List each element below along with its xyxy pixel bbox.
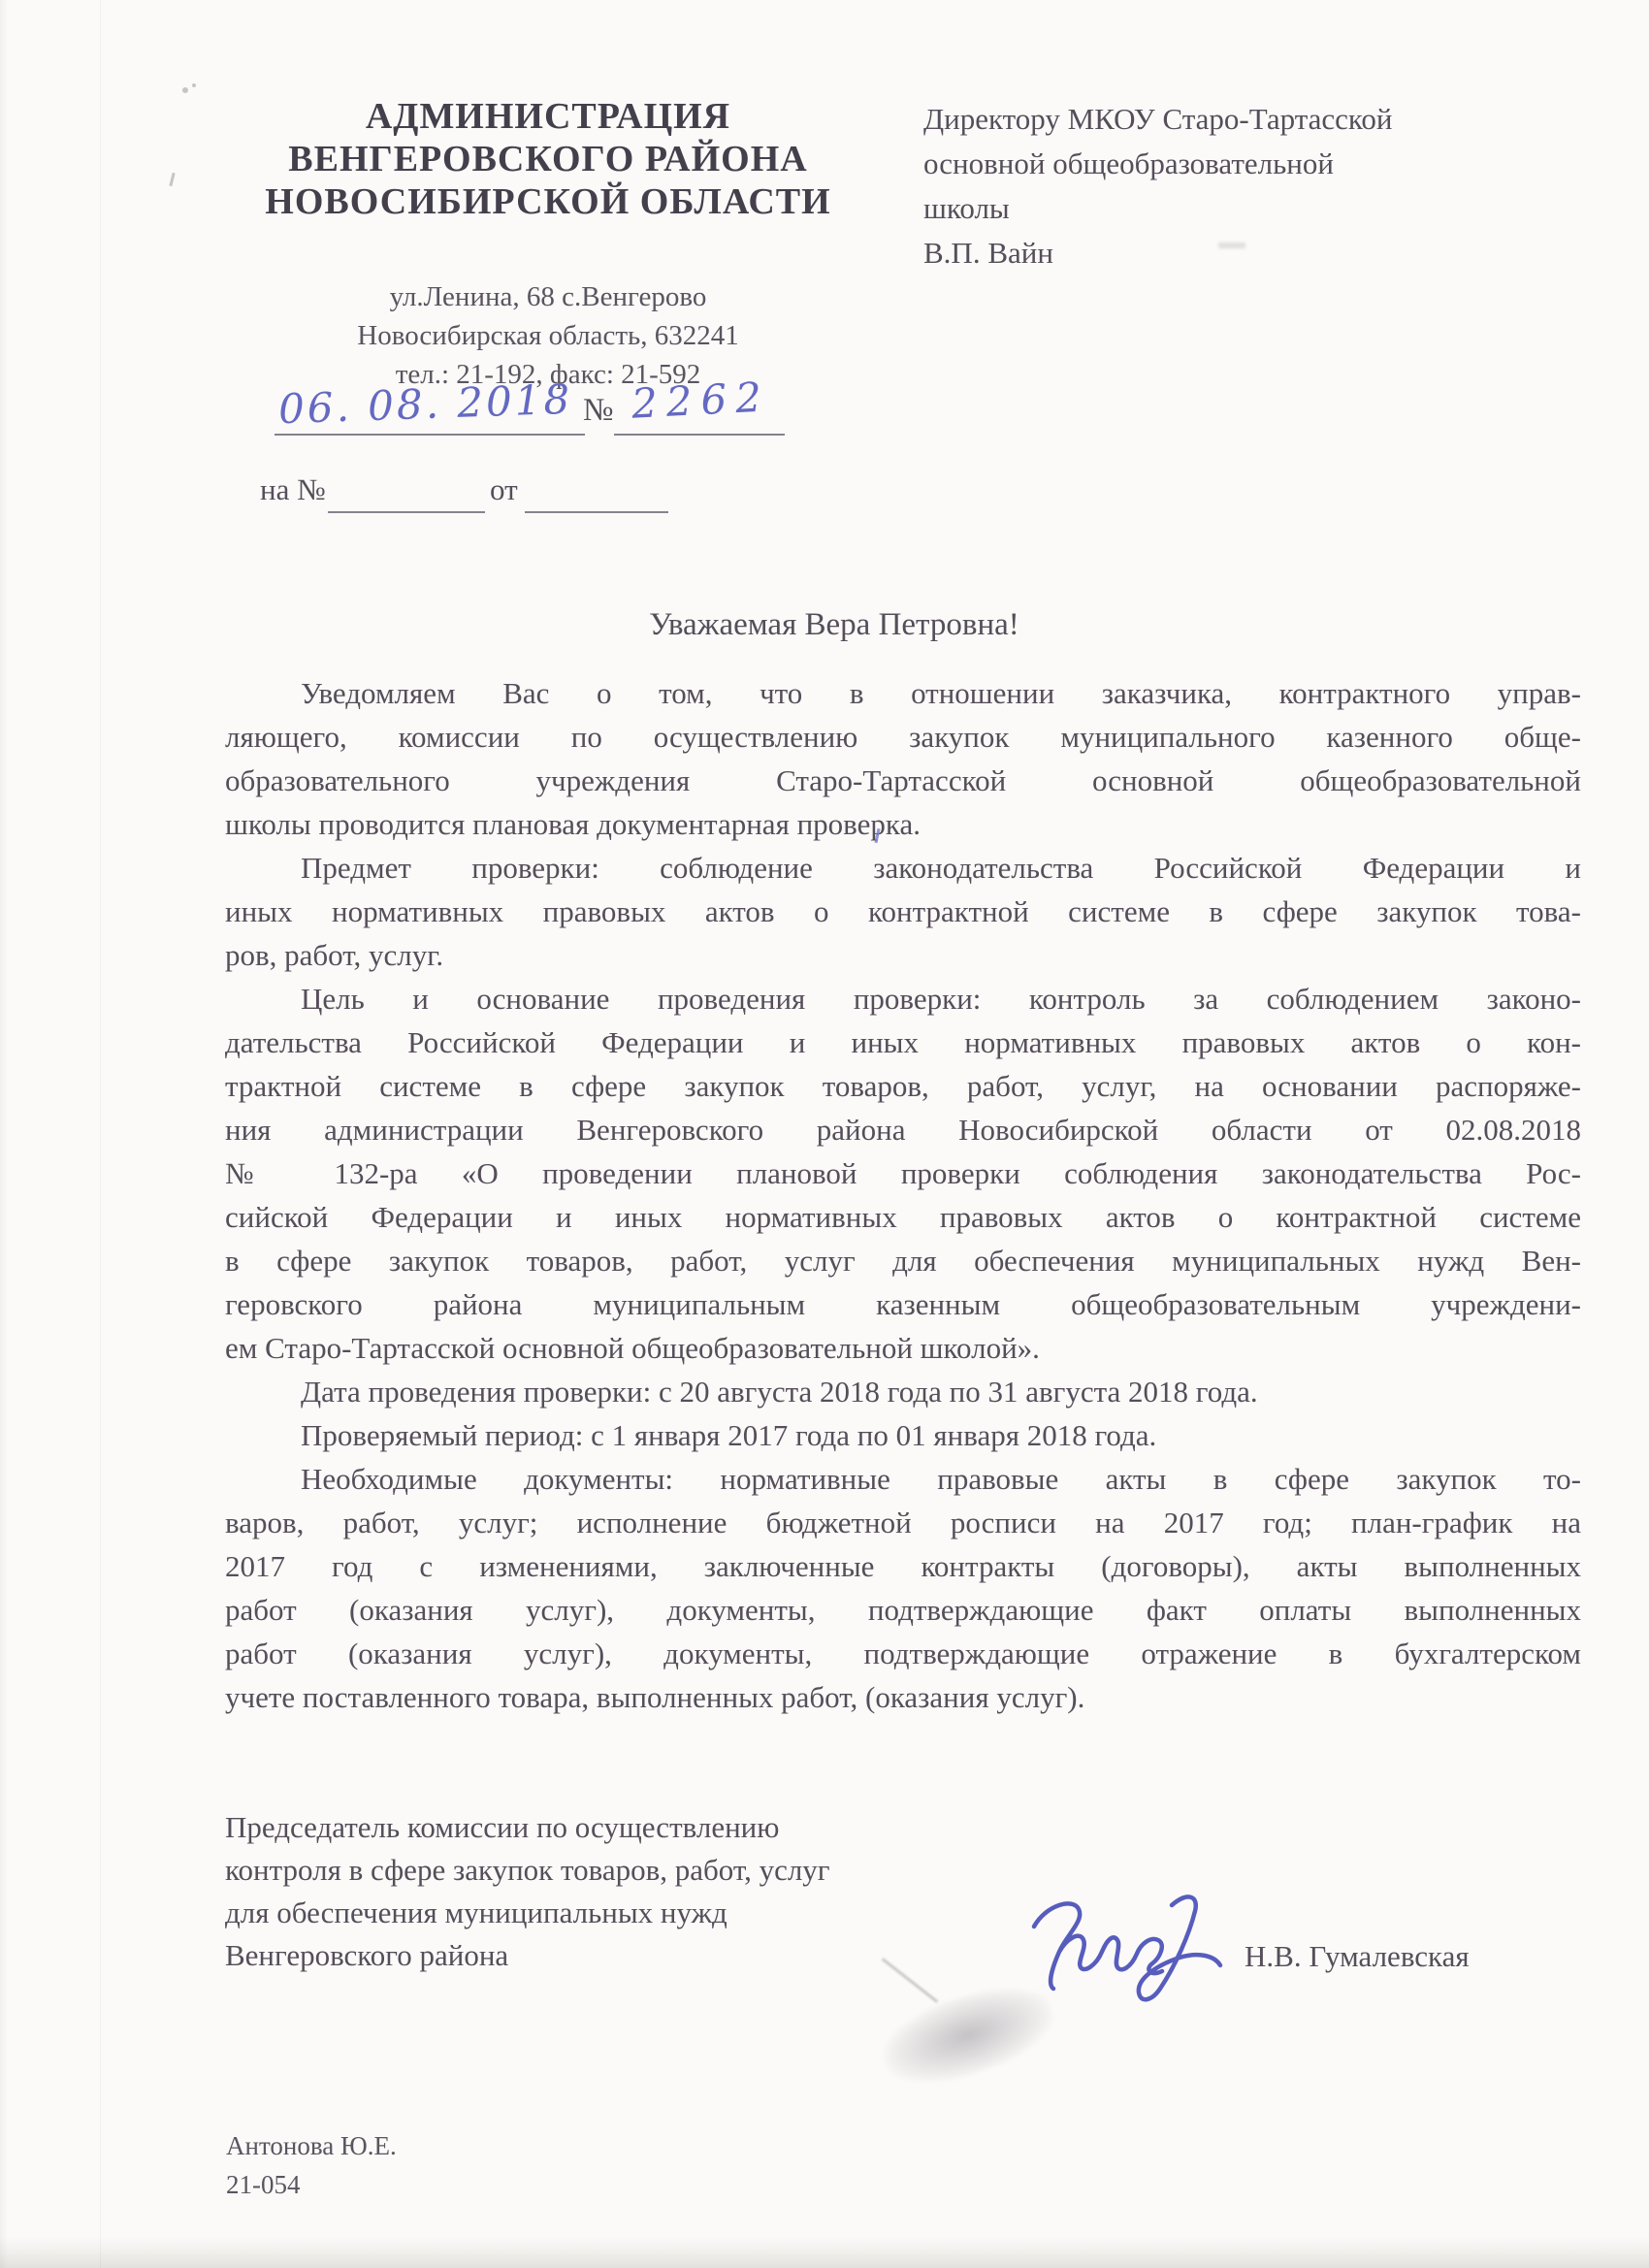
sender-org-line: НОВОСИБИРСКОЙ ОБЛАСТИ <box>179 180 917 223</box>
body-line: 2017 год с изменениями, заключенные конт… <box>225 1544 1581 1588</box>
body-line: № 132-ра «О проведении плановой проверки… <box>225 1151 1581 1195</box>
letter-page: АДМИНИСТРАЦИЯ ВЕНГЕРОВСКОГО РАЙОНА НОВОС… <box>0 0 1649 2268</box>
reply-ref-number-blank <box>328 511 485 513</box>
body-line: Проверяемый период: с 1 января 2017 года… <box>225 1413 1581 1457</box>
executor-name: Антонова Ю.Е. <box>226 2126 397 2165</box>
salutation: Уважаемая Вера Петровна! <box>504 607 1164 643</box>
signatory-title-line: Венгеровского района <box>225 1934 1001 1977</box>
scan-speck <box>192 83 196 87</box>
handwritten-outgoing-date: 06. 08. 2018 <box>277 375 573 434</box>
sender-address-line: ул.Ленина, 68 с.Венгерово <box>179 277 917 316</box>
body-line: иных нормативных правовых актов о контра… <box>225 890 1581 933</box>
number-underline <box>614 434 785 436</box>
reply-ref-date-blank <box>525 511 668 513</box>
body-line: дательства Российской Федерации и иных н… <box>225 1021 1581 1064</box>
handwritten-outgoing-number: 2262 <box>630 373 771 427</box>
reply-ref-prefix: на № <box>260 472 326 507</box>
body-line: сийской Федерации и иных нормативных пра… <box>225 1195 1581 1239</box>
recipient-line: школы <box>923 186 1525 231</box>
signatory-name: Н.В. Гумалевская <box>1245 1939 1470 1974</box>
recipient-line: основной общеобразовательной <box>923 142 1525 186</box>
signatory-title-line: контроля в сфере закупок товаров, работ,… <box>225 1849 1001 1892</box>
body-line: школы проводится плановая документарная … <box>225 802 1581 846</box>
signatory-title-block: Председатель комиссии по осуществлению к… <box>225 1806 1001 1977</box>
reply-ref-from-label: от <box>490 472 518 507</box>
body-line: ния администрации Венгеровского района Н… <box>225 1108 1581 1151</box>
sender-org-block: АДМИНИСТРАЦИЯ ВЕНГЕРОВСКОГО РАЙОНА НОВОС… <box>179 95 917 223</box>
date-underline <box>275 434 585 436</box>
ink-smudge <box>873 1971 1063 2099</box>
body-line: Предмет проверки: соблюдение законодател… <box>225 846 1581 890</box>
signatory-title-line: для обеспечения муниципальных нужд <box>225 1892 1001 1934</box>
body-line: ем Старо-Тартасской основной общеобразов… <box>225 1326 1581 1370</box>
body-line: учете поставленного товара, выполненных … <box>225 1675 1581 1719</box>
scan-edge-line <box>100 0 101 2268</box>
number-sign-label: № <box>583 393 614 429</box>
body-line: образовательного учреждения Старо-Тартас… <box>225 759 1581 802</box>
body-line: ляющего, комиссии по осуществлению закуп… <box>225 715 1581 759</box>
letter-body: Уведомляем Вас о том, что в отношении за… <box>225 671 1581 1719</box>
sender-address-line: Новосибирская область, 632241 <box>179 316 917 355</box>
body-line: Необходимые документы: нормативные право… <box>225 1457 1581 1501</box>
body-line: варов, работ, услуг; исполнение бюджетно… <box>225 1501 1581 1544</box>
body-line: ров, работ, услуг. <box>225 933 1581 977</box>
executor-block: Антонова Ю.Е. 21-054 <box>226 2126 397 2204</box>
recipient-block: Директору МКОУ Старо-Тартасской основной… <box>923 97 1525 275</box>
scan-edge-left <box>0 0 8 2268</box>
body-line: Уведомляем Вас о том, что в отношении за… <box>225 671 1581 715</box>
sender-org-line: ВЕНГЕРОВСКОГО РАЙОНА <box>179 138 917 180</box>
recipient-line: В.П. Вайн <box>923 231 1525 275</box>
signatory-title-line: Председатель комиссии по осуществлению <box>225 1806 1001 1849</box>
body-line: работ (оказания услуг), документы, подтв… <box>225 1588 1581 1632</box>
recipient-line: Директору МКОУ Старо-Тартасской <box>923 97 1525 142</box>
body-line: трактной системе в сфере закупок товаров… <box>225 1064 1581 1108</box>
scan-speck <box>169 173 175 186</box>
scan-speck <box>182 87 188 93</box>
executor-phone: 21-054 <box>226 2165 397 2204</box>
body-line: Дата проведения проверки: с 20 августа 2… <box>225 1370 1581 1413</box>
body-line: работ (оказания услуг), документы, подтв… <box>225 1632 1581 1675</box>
scan-speck <box>1218 243 1245 248</box>
signature-handwriting <box>1017 1876 1259 2026</box>
body-line: в сфере закупок товаров, работ, услуг дл… <box>225 1239 1581 1282</box>
body-line: Цель и основание проведения проверки: ко… <box>225 977 1581 1021</box>
sender-org-line: АДМИНИСТРАЦИЯ <box>179 95 917 138</box>
body-line: геровского района муниципальным казенным… <box>225 1282 1581 1326</box>
